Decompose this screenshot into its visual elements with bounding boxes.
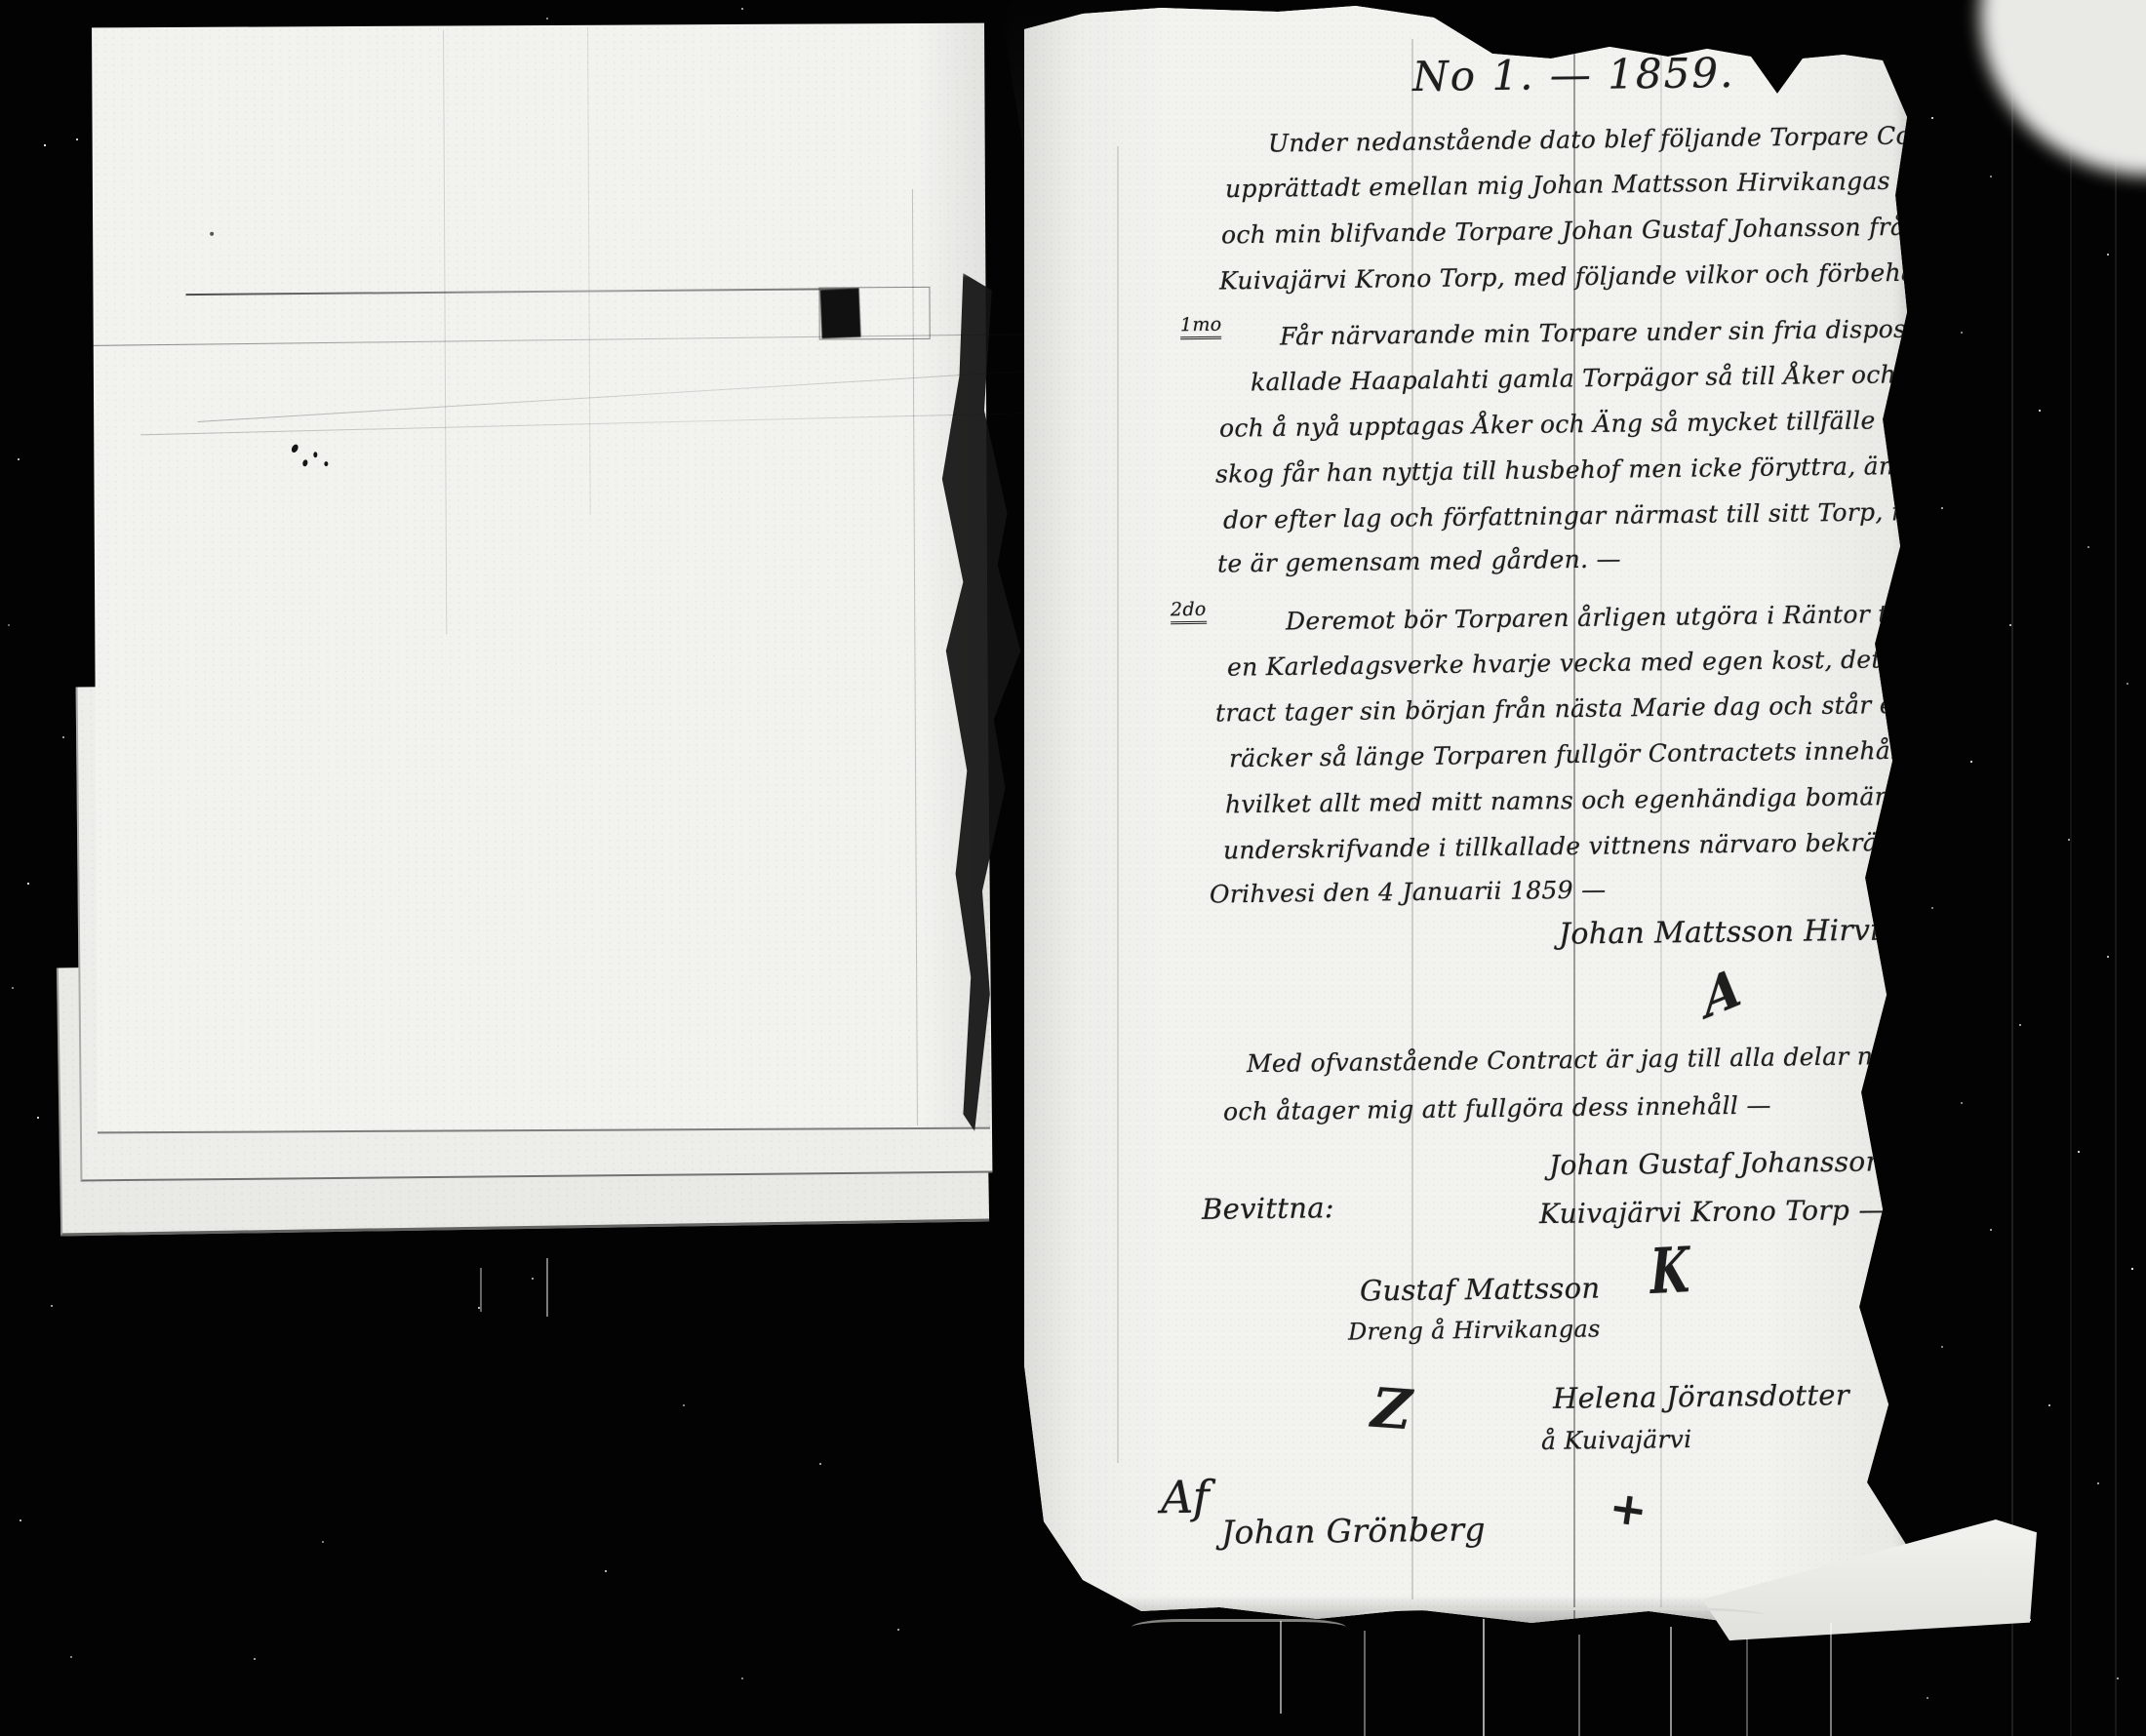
scan-scratch (546, 1258, 548, 1317)
contract-line: underskrifvande i tillkallade vittnens n… (1223, 828, 1926, 865)
contract-line: te är gemensam med gården. — (1217, 544, 1621, 577)
scan-scratch (1746, 1638, 1748, 1736)
scan-scratch (1364, 1631, 1366, 1736)
vertical-crease (587, 27, 591, 515)
scan-scratch (1830, 1623, 1832, 1736)
ink-blot-rectangle (820, 289, 861, 339)
witness-2-place: å Kuivajärvi (1541, 1425, 1692, 1455)
witness-3-name: Johan Grönberg (1221, 1510, 1486, 1551)
contract-line: räcker så länge Torparen fullgör Contrac… (1229, 736, 1907, 772)
scan-light-blob (1980, 0, 2146, 176)
scanner-streak (2070, 0, 2072, 1736)
scan-scratch (1280, 1621, 1282, 1714)
contract-line: upprättadt emellan mig Johan Mattsson Hi… (1225, 167, 1890, 203)
contract-line: Kuivajärvi Krono Torp, med följande vilk… (1219, 257, 1941, 295)
contract-line: kallade Haapalahti gamla Torpägor så til… (1251, 360, 1963, 397)
cross-mark-witness-2: + (1606, 1480, 1650, 1538)
bomarke-witness-1: Z (1370, 1376, 1414, 1443)
vertical-crease (443, 30, 447, 635)
ink-dot (313, 452, 317, 457)
page-edge-shading (1893, 0, 1927, 1658)
witness-1-title: Dreng å Hirvikangas (1348, 1315, 1601, 1345)
contract-line: Under nedanstående dato blef följande To… (1268, 120, 1988, 157)
page-curl-highlight (1356, 1607, 1766, 1624)
acceptance-line: Med ofvanstående Contract är jag till al… (1247, 1042, 1912, 1078)
scan-scratch (480, 1268, 482, 1312)
acceptance-line: och åtager mig att fullgöra dess innehål… (1223, 1091, 1771, 1126)
ink-dot (210, 232, 214, 236)
document-number-heading: No 1. — 1859. (1412, 49, 1735, 100)
clause-marker-2: 2do (1171, 599, 1207, 624)
contract-line: Deremot bör Torparen årligen utgöra i Rä… (1286, 598, 2010, 635)
scanner-streak (2115, 0, 2117, 1736)
contract-line: och min blifvande Torpare Johan Gustaf J… (1221, 213, 1922, 250)
contract-line: tract tager sin början från nästa Marie … (1215, 690, 1937, 727)
bomarke-landowner: A (1698, 956, 1746, 1031)
signature-torpare-place: Kuivajärvi Krono Torp — (1539, 1194, 1887, 1230)
clause-marker-1: 1mo (1180, 314, 1222, 340)
contract-line: hvilket allt med mitt namns och egenhänd… (1225, 782, 1929, 819)
contract-line: och å nyå upptagas Åker och Äng så mycke… (1219, 405, 1967, 442)
witness-label: Bevittna: (1202, 1191, 1334, 1226)
scan-scratch (1670, 1627, 1672, 1736)
witness-1-name: Gustaf Mattsson (1360, 1271, 1601, 1307)
vertical-crease (1117, 146, 1119, 1463)
left-page-blank (92, 23, 990, 1134)
right-band-speckles (1902, 0, 1904, 2)
archival-scan-background: No 1. — 1859. Under nedanstående dato bl… (0, 0, 2146, 1736)
page-curl-highlight (1132, 1619, 1346, 1636)
right-page-contract: No 1. — 1859. Under nedanstående dato bl… (1024, 0, 1927, 1658)
scan-scratch (1483, 1619, 1485, 1736)
scan-scratch (1578, 1635, 1580, 1736)
ink-dot (291, 443, 299, 454)
bomarke-torpare: K (1649, 1234, 1690, 1309)
dateline: Orihvesi den 4 Januarii 1859 — (1210, 876, 1607, 909)
ink-dot (324, 461, 328, 466)
bottom-margin-speckles (195, 1248, 197, 1250)
contract-line: en Karledagsverke hvarje vecka med egen … (1227, 644, 1973, 681)
contract-line: skog får han nyttja till husbehof men ic… (1215, 451, 1955, 488)
signature-landowner: Johan Mattsson Hirvikangas (1559, 912, 1987, 951)
scanner-streak (2011, 0, 2013, 1736)
witness-3-prefix: Af (1161, 1471, 1211, 1524)
ink-dot (302, 459, 309, 467)
contract-line: dor efter lag och författningar närmast … (1223, 496, 1978, 533)
witness-2-name: Helena Jöransdotter (1553, 1378, 1849, 1415)
fold-line (185, 288, 858, 296)
signature-torpare: Johan Gustaf Johansson från (1549, 1144, 1951, 1181)
left-margin-speckles (0, 0, 2, 2)
